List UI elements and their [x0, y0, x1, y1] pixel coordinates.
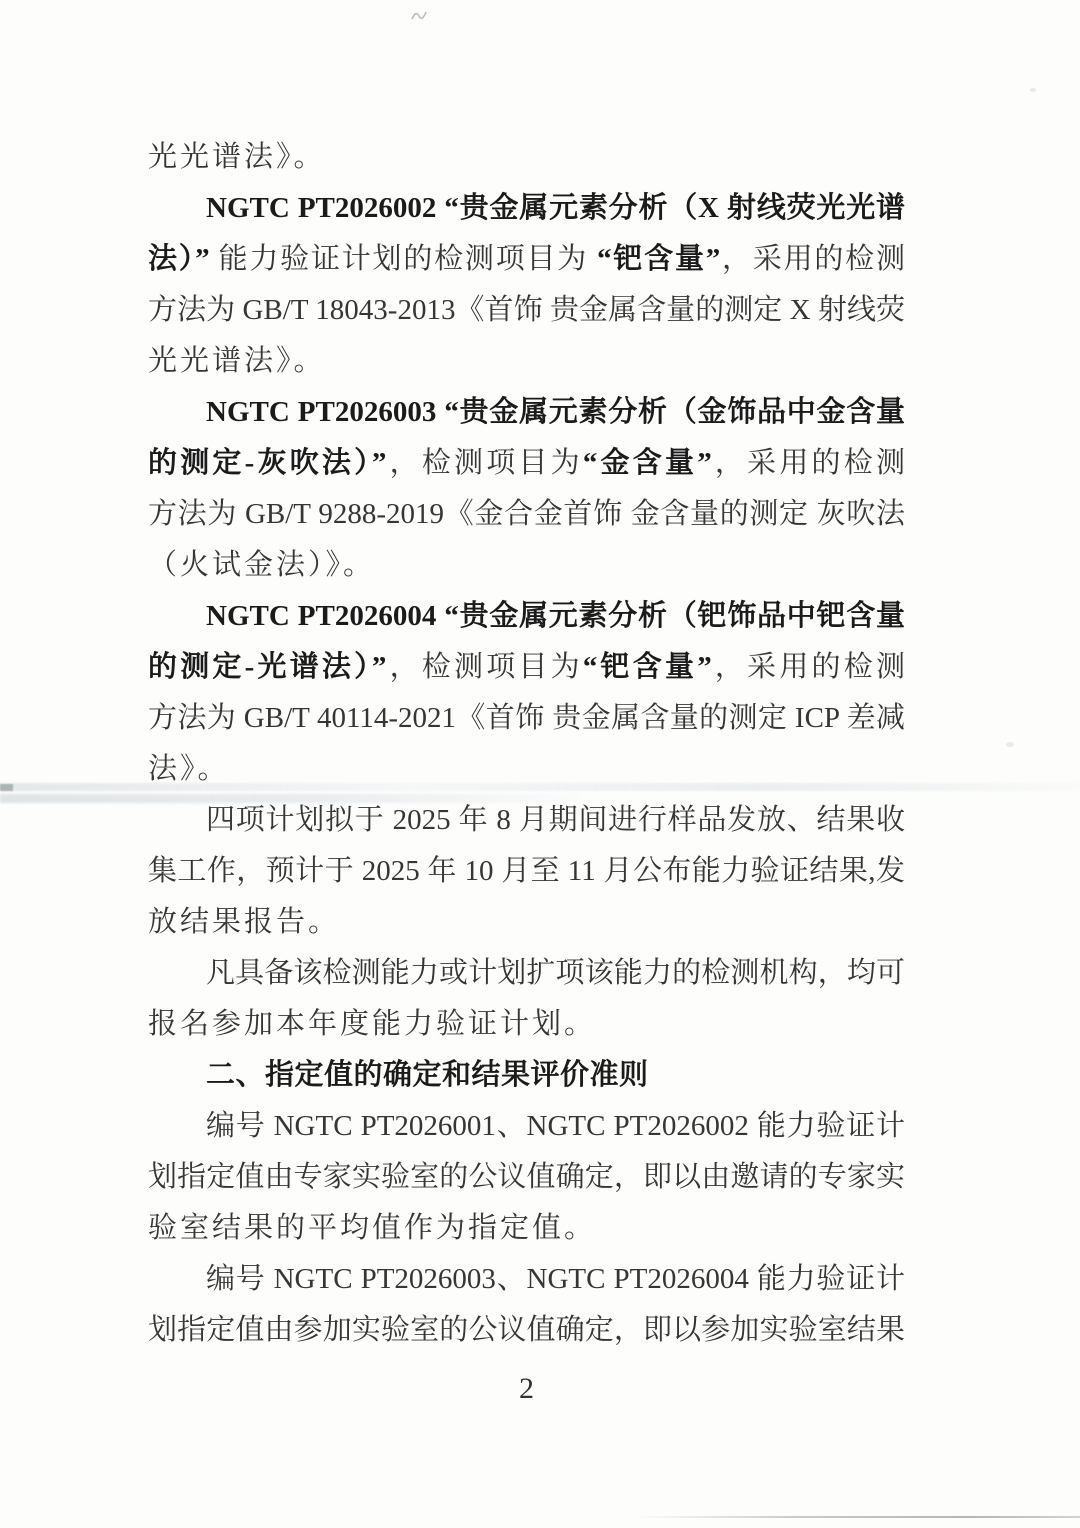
text-run: 验室结果的平均值作为指定值。 — [148, 1212, 596, 1244]
text-run: NGTC PT2026003 “贵金属元素分析（金饰品中金含量 — [206, 396, 905, 428]
text-run: 光光谱法》。 — [148, 141, 326, 173]
text-line: 法》。 — [148, 744, 905, 795]
text-run: 方法为 GB/T 9288-2019《金合金首饰 金含量的测定 灰吹法 — [148, 498, 905, 530]
text-run: 划指定值由参加实验室的公议值确定，即以参加实验室结果 — [148, 1314, 905, 1346]
text-line: 凡具备该检测能力或计划扩项该能力的检测机构，均可 — [148, 948, 905, 999]
text-line: 集工作，预计于 2025 年 10 月至 11 月公布能力验证结果,发 — [148, 846, 905, 897]
text-run: 法）” — [148, 243, 210, 275]
text-run: NGTC PT2026004 “贵金属元素分析（钯饰品中钯含量 — [206, 600, 905, 632]
scan-mark-squiggle — [410, 8, 428, 24]
text-line: 方法为 GB/T 18043-2013《首饰 贵金属含量的测定 X 射线荧 — [148, 285, 905, 336]
text-line: 验室结果的平均值作为指定值。 — [148, 1203, 905, 1254]
text-run: ，采用的检测 — [712, 651, 905, 683]
text-run: ，检测项目为 — [386, 651, 582, 683]
text-line: 方法为 GB/T 40114-2021《首饰 贵金属含量的测定 ICP 差减 — [148, 693, 905, 744]
text-run: 划指定值由专家实验室的公议值确定，即以由邀请的专家实 — [148, 1161, 905, 1193]
text-run: 法》。 — [148, 753, 230, 785]
text-line: 光光谱法》。 — [148, 132, 905, 183]
text-run: 方法为 GB/T 18043-2013《首饰 贵金属含量的测定 X 射线荧 — [148, 294, 905, 326]
text-line: 编号 NGTC PT2026001、NGTC PT2026002 能力验证计 — [148, 1101, 905, 1152]
scan-bottom-line — [636, 1516, 1080, 1518]
text-run: ，检测项目为 — [386, 447, 582, 479]
text-line: 放结果报告。 — [148, 897, 905, 948]
text-line: NGTC PT2026003 “贵金属元素分析（金饰品中金含量 — [148, 387, 905, 438]
text-run: 二、指定值的确定和结果评价准则 — [206, 1059, 649, 1091]
text-run: 凡具备该检测能力或计划扩项该能力的检测机构，均可 — [206, 957, 905, 989]
text-body: 光光谱法》。NGTC PT2026002 “贵金属元素分析（X 射线荧光光谱法）… — [148, 132, 905, 1356]
scan-edge-mark — [0, 784, 13, 791]
text-line: 四项计划拟于 2025 年 8 月期间进行样品发放、结果收 — [148, 795, 905, 846]
text-run: 集工作，预计于 2025 年 10 月至 11 月公布能力验证结果,发 — [148, 855, 905, 887]
scan-speck — [1006, 742, 1014, 747]
text-line: 报名参加本年度能力验证计划。 — [148, 999, 905, 1050]
text-run: 的测定-灰吹法）” — [148, 447, 386, 479]
text-run: “钯含量” — [597, 243, 720, 275]
text-run: （火试金法）》。 — [148, 549, 375, 581]
text-line: 编号 NGTC PT2026003、NGTC PT2026004 能力验证计 — [148, 1254, 905, 1305]
document-page: 光光谱法》。NGTC PT2026002 “贵金属元素分析（X 射线荧光光谱法）… — [0, 0, 1080, 1528]
text-run: “钯含量” — [583, 651, 712, 683]
text-run: 编号 NGTC PT2026003、NGTC PT2026004 能力验证计 — [206, 1263, 905, 1295]
text-run: 能力验证计划的检测项目为 — [210, 243, 598, 275]
text-line: 方法为 GB/T 9288-2019《金合金首饰 金含量的测定 灰吹法 — [148, 489, 905, 540]
text-line: 光光谱法》。 — [148, 336, 905, 387]
text-line: 划指定值由参加实验室的公议值确定，即以参加实验室结果 — [148, 1305, 905, 1356]
text-run: ，采用的检测 — [720, 243, 905, 275]
text-line: 的测定-光谱法）”，检测项目为“钯含量”，采用的检测 — [148, 642, 905, 693]
text-run: NGTC PT2026002 “贵金属元素分析（X 射线荧光光谱 — [206, 192, 905, 224]
scan-speck — [1030, 88, 1036, 92]
text-run: 四项计划拟于 2025 年 8 月期间进行样品发放、结果收 — [206, 804, 905, 836]
text-run: 放结果报告。 — [148, 906, 340, 938]
text-line: NGTC PT2026004 “贵金属元素分析（钯饰品中钯含量 — [148, 591, 905, 642]
section-heading: 二、指定值的确定和结果评价准则 — [148, 1050, 905, 1101]
text-run: 光光谱法》。 — [148, 345, 326, 377]
text-line: NGTC PT2026002 “贵金属元素分析（X 射线荧光光谱 — [148, 183, 905, 234]
text-run: 编号 NGTC PT2026001、NGTC PT2026002 能力验证计 — [206, 1110, 905, 1142]
text-run: 方法为 GB/T 40114-2021《首饰 贵金属含量的测定 ICP 差减 — [148, 702, 905, 734]
page-number: 2 — [148, 1372, 905, 1406]
text-run: ，采用的检测 — [712, 447, 905, 479]
text-line: 划指定值由专家实验室的公议值确定，即以由邀请的专家实 — [148, 1152, 905, 1203]
text-line: 的测定-灰吹法）”，检测项目为“金含量”，采用的检测 — [148, 438, 905, 489]
text-line: 法）” 能力验证计划的检测项目为 “钯含量”，采用的检测 — [148, 234, 905, 285]
text-run: 报名参加本年度能力验证计划。 — [148, 1008, 596, 1040]
text-line: （火试金法）》。 — [148, 540, 905, 591]
text-run: “金含量” — [583, 447, 712, 479]
text-run: 的测定-光谱法）” — [148, 651, 386, 683]
